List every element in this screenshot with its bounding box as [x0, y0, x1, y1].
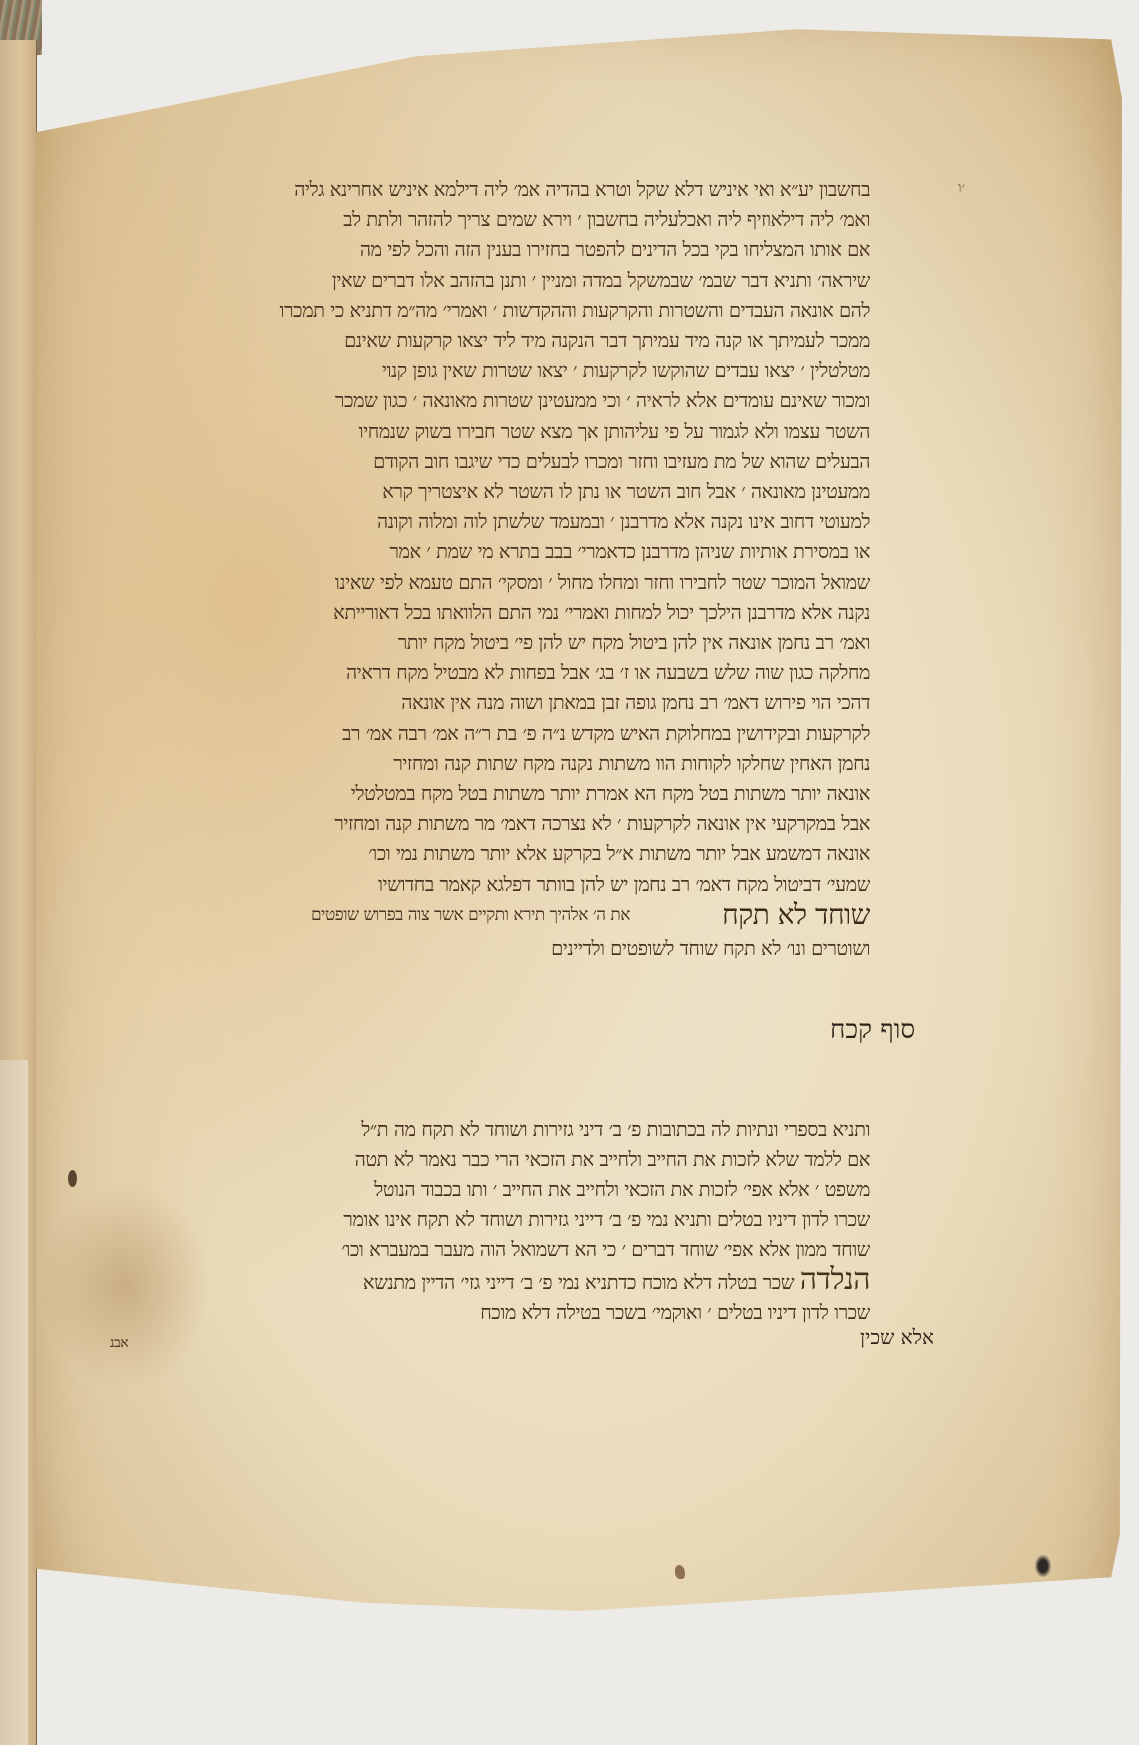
text-line: משפט ׳ אלא אפי׳ לזכות את הזכאי ולחייב את… [110, 1175, 870, 1205]
heading-trailing-text: את ה׳ אלהיך תירא ותקיים אשר צוה בפרוש שו… [311, 900, 630, 930]
text-line: לקרקעות ובקידושין במחלוקת האיש מקדש נ״ה … [110, 719, 870, 749]
text-line: ממכר לעמיתך או קנה מיד עמיתך דבר הנקנה מ… [110, 326, 870, 356]
bottom-fragment: אבנ [110, 1328, 870, 1358]
text-line: שמואל המוכר שטר לחבירו וחזר ומחלו מחול ׳… [110, 568, 870, 598]
text-line: דהכי הוי פירוש דאמ׳ רב נחמן גופה זבן במא… [110, 688, 870, 718]
text-line: שמעי׳ דביטול מקח דאמ׳ רב נחמן יש להן בוו… [110, 870, 870, 900]
top-margin-mark: ׳ו [958, 180, 965, 197]
text-line: שיראה׳ ותניא דבר שבמ׳ שבמשקל במדה ומניין… [110, 266, 870, 296]
text-line: הבעלים שהוא של מת מעזיבו וחזר ומכרו לבעל… [110, 447, 870, 477]
margin-note-catchword: אלא שכין [860, 1325, 934, 1350]
text-line: להם אונאה העבדים והשטרות והקרקעות וההקדש… [110, 296, 870, 326]
margin-note-folio: סוף קכח [830, 1015, 915, 1045]
text-line: ומכור שאינם עומדים אלא לראיה ׳ וכי ממעטי… [110, 386, 870, 416]
text-line: אונאה יותר משתות בטל מקח הא אמרת יותר מש… [110, 779, 870, 809]
main-text-block: בחשבון יע״א ואי איניש דלא שקל וטרא בהדיה… [110, 175, 870, 964]
text-line: אם אותו המצליחו בקי בכל הדינים להפטר בחז… [110, 235, 870, 265]
text-line: אם ללמד שלא לזכות את החייב ולחייב את הזכ… [110, 1145, 870, 1175]
text-line: מחלקה כגון שוה שלש בשבעה או ז׳ בג׳ אבל ב… [110, 658, 870, 688]
facing-page-lower-edge [0, 1060, 28, 1745]
text-line: נקנה אלא מדרבנן הילכך יכול למחות ואמרי׳ … [110, 598, 870, 628]
text-line: נחמן האחין שחלקו לקוחות הוו משתות נקנה מ… [110, 749, 870, 779]
text-line: ואמ׳ ליה דילאוזיף ליה ואכלעליה בחשבון ׳ … [110, 205, 870, 235]
text-line: או במסירת אותיות שניהן מדרבנן כדאמרי׳ בב… [110, 537, 870, 567]
text-line: בחשבון יע״א ואי איניש דלא שקל וטרא בהדיה… [110, 175, 870, 205]
section-heading: שוחד לא תקח [722, 900, 870, 930]
text-line: אונאה דמשמע אבל יותר משתות א״ל בקרקע אלא… [110, 839, 870, 869]
ink-spot [68, 1170, 77, 1187]
text-line: מטלטלין ׳ יצאו עבדים שהוקשו לקרקעות ׳ יצ… [110, 356, 870, 386]
text-fragment: שכר בטלה דלא מוכח כדתניא נמי פ׳ ב׳ דייני… [363, 1271, 794, 1294]
text-line: שכרו לדון דיניו בטלים ׳ ואוקמי׳ בשכר בטי… [110, 1298, 870, 1328]
text-line: שוחד ממון אלא אפי׳ שוחד דברים ׳ כי הא דש… [110, 1235, 870, 1265]
ink-blot [1035, 1555, 1051, 1577]
text-line: השטר עצמו ולא לגמור על פי עליהותן אך מצא… [110, 417, 870, 447]
text-line: אבל במקרקעי אין אונאה לקרקעות ׳ לא נצרכה… [110, 809, 870, 839]
lower-text-block: ותניא בספרי ונתיות לה בכתובות פ׳ ב׳ דיני… [110, 1115, 870, 1358]
large-word: הנלדה [800, 1265, 870, 1297]
section-heading-row: שוחד לא תקח את ה׳ אלהיך תירא ותקיים אשר … [110, 900, 870, 934]
text-line: ממעטינן מאונאה ׳ אבל חוב השטר או נתן לו … [110, 477, 870, 507]
text-line: למעוטי דחוב אינו נקנה אלא מדרבנן ׳ ובמעמ… [110, 507, 870, 537]
text-line: שכרו לדון דיניו בטלים ותניא נמי פ׳ ב׳ די… [110, 1205, 870, 1235]
text-line: ושוטרים ונו׳ לא תקח שוחד לשופטים ולדייני… [110, 934, 870, 964]
text-line: הנלדה שכר בטלה דלא מוכח כדתניא נמי פ׳ ב׳… [110, 1265, 870, 1298]
text-line: ואמ׳ רב נחמן אונאה אין להן ביטול מקח יש … [110, 628, 870, 658]
text-line: ותניא בספרי ונתיות לה בכתובות פ׳ ב׳ דיני… [110, 1115, 870, 1145]
page-mark [675, 1565, 685, 1579]
